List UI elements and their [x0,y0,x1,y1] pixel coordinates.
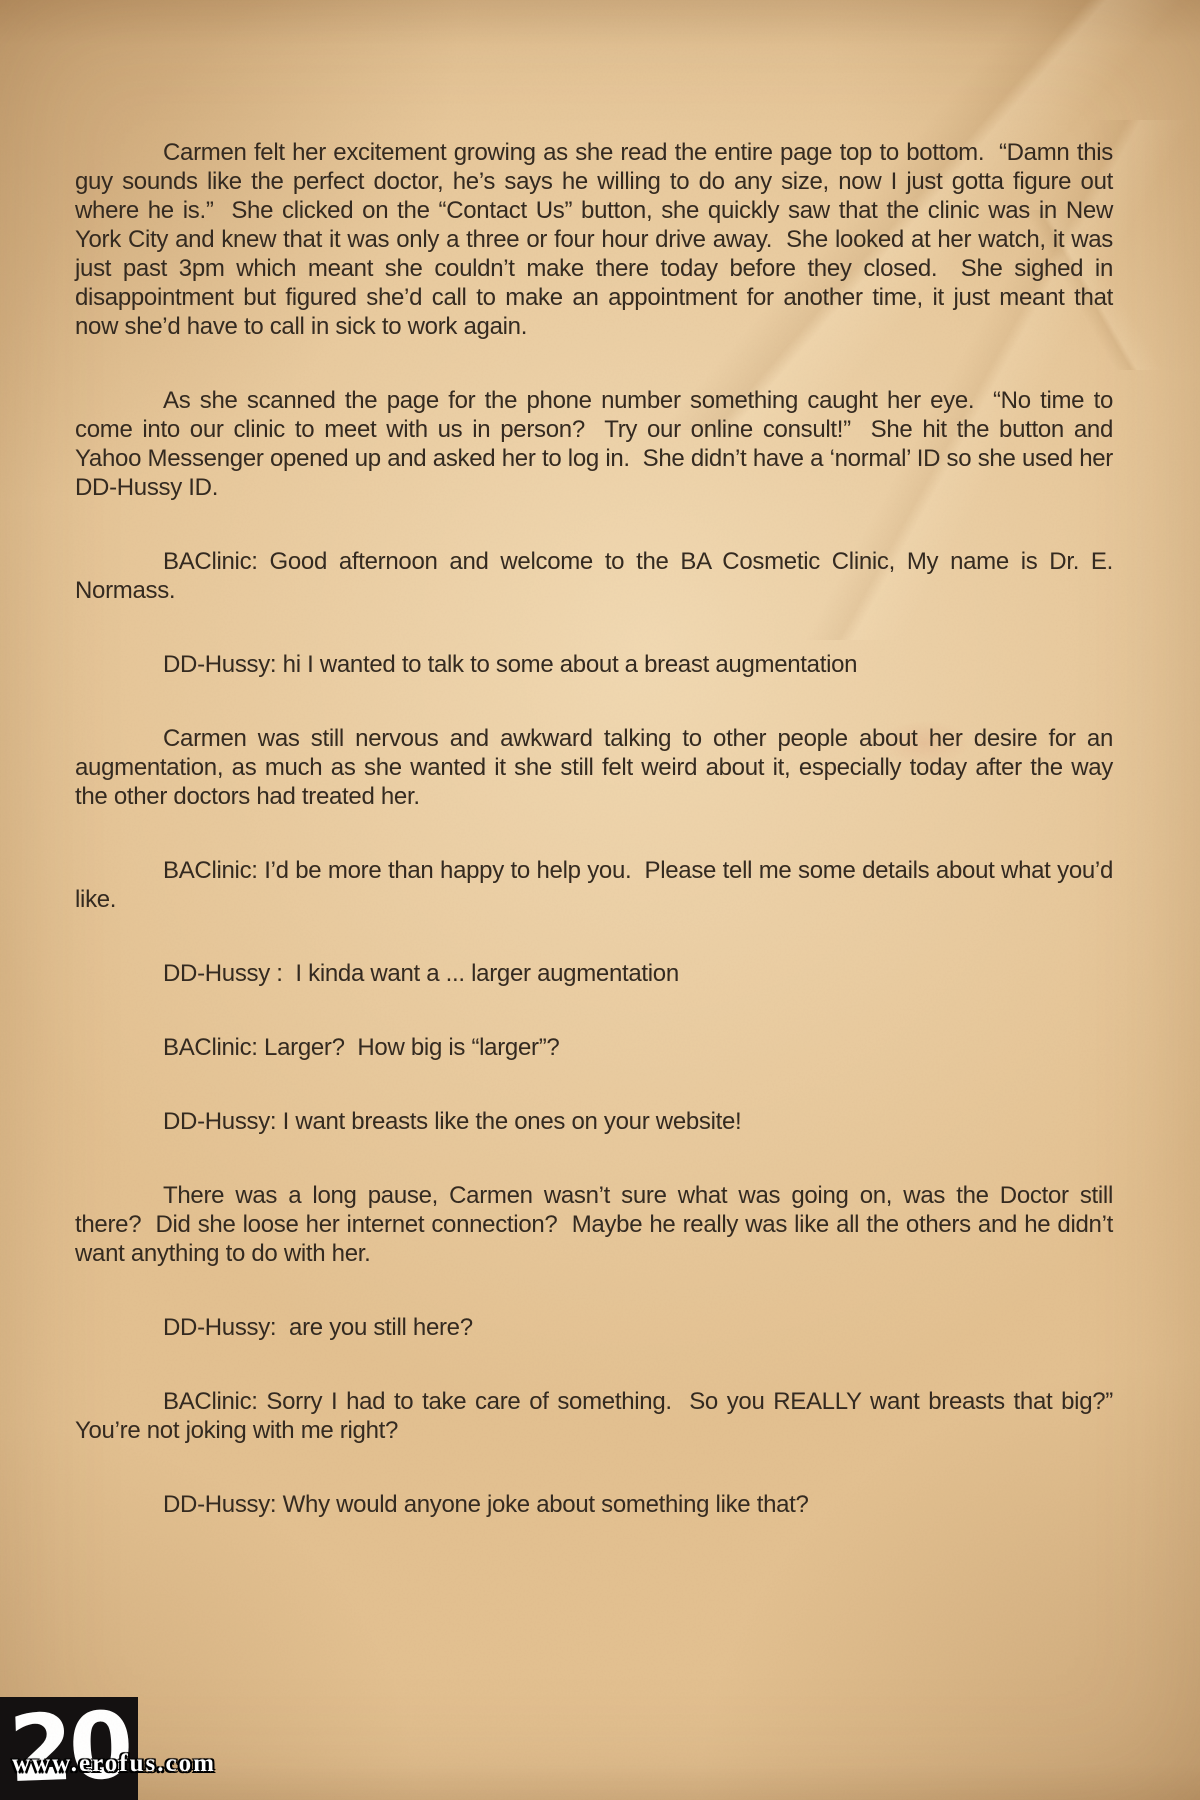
watermark: www.erofus.com [12,1750,216,1778]
paper-texture-noise [0,0,1200,1800]
scanned-page: Carmen felt her excitement growing as sh… [0,0,1200,1800]
